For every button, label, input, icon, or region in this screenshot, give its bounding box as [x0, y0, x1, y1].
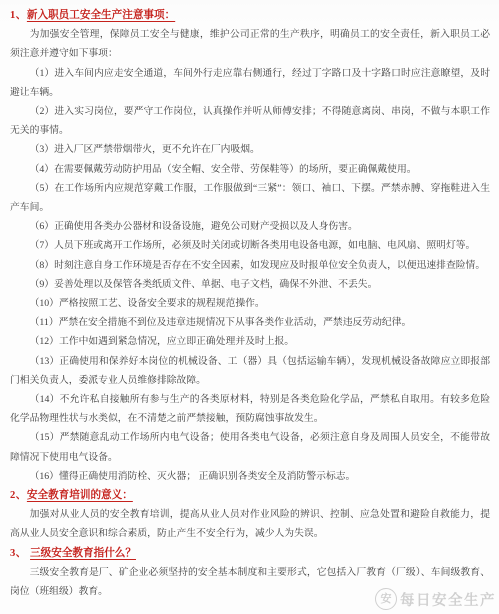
section-heading: 1、新入职员工安全生产注意事项： [10, 6, 490, 25]
document-page: 1、新入职员工安全生产注意事项：为加强安全管理，保障员工安全与健康，维护公司正常… [0, 0, 499, 614]
section-heading: 2、安全教育培训的意义： [10, 486, 490, 505]
paragraph: （7）人员下班或离开工作场所，必须及时关闭或切断各类用电设备电源，如电脑、电风扇… [10, 236, 490, 255]
paragraph: 加强对从业人员的安全教育培训，提高从业人员对作业风险的辨识、控制、应急处置和避险… [10, 505, 490, 543]
paragraph: （3）进入厂区严禁带烟带火，更不允许在厂内吸烟。 [10, 140, 490, 159]
section-title: 安全教育培训的意义： [27, 490, 133, 501]
paragraph: 三级安全教育是厂、矿企业必须坚持的安全基本制度和主要形式，它包括入厂教育（厂级）… [10, 563, 490, 601]
paragraph: （13）正确使用和保养好本岗位的机械设备、工（器）具（包括运输车辆），发现机械设… [10, 352, 490, 390]
paragraph: （16）懂得正确使用消防栓、灭火器； 正确识别各类安全及消防警示标志。 [10, 467, 490, 486]
document-body: 1、新入职员工安全生产注意事项：为加强安全管理，保障员工安全与健康，维护公司正常… [10, 6, 490, 601]
paragraph: （5）在工作场所内应规范穿戴工作服，工作服做到“三紧”：领口、袖口、下摆。严禁赤… [10, 179, 490, 217]
section-number: 3、 [10, 548, 30, 559]
paragraph: （11）严禁在安全措施不到位及违章违规情况下从事各类作业活动，严禁违反劳动纪律。 [10, 313, 490, 332]
paragraph: （8）时刻注意自身工作环境是否存在不安全因素，如发现应及时报单位安全负责人，以便… [10, 256, 490, 275]
section-title: 三级安全教育指什么？ [30, 548, 136, 559]
paragraph: （15）严禁随意乱动工作场所内电气设备；使用各类电气设备，必须注意自身及周围人员… [10, 428, 490, 466]
paragraph: （6）正确使用各类办公器材和设备设施，避免公司财产受损以及人身伤害。 [10, 217, 490, 236]
paragraph: （2）进入实习岗位，要严守工作岗位，认真操作并听从师傅安排；不得随意离岗、串岗，… [10, 102, 490, 140]
section-number: 2、 [10, 490, 27, 501]
paragraph: （9）妥善处理以及保管各类纸质文件、单据、电子文档，确保不外泄、不丢失。 [10, 275, 490, 294]
section-number: 1、 [10, 10, 27, 21]
paragraph: （1）进入车间内应走安全通道，车间外行走应靠右侧通行，经过丁字路口及十字路口时应… [10, 64, 490, 102]
section-heading: 3、 三级安全教育指什么？ [10, 544, 490, 563]
paragraph: （4）在需要佩戴劳动防护用品（安全帽、安全带、劳保鞋等）的场所，要正确佩戴使用。 [10, 160, 490, 179]
paragraph: （14）不允许私自接触所有参与生产的各类原材料，特别是各类危险化学品，严禁私自取… [10, 390, 490, 428]
paragraph: （12）工作中如遇到紧急情况，应立即正确处理并及时上报。 [10, 332, 490, 351]
paragraph: （10）严格按照工艺、设备安全要求的规程规范操作。 [10, 294, 490, 313]
paragraph: 为加强安全管理，保障员工安全与健康，维护公司正常的生产秩序，明确员工的安全责任，… [10, 25, 490, 63]
section-title: 新入职员工安全生产注意事项： [27, 10, 175, 21]
